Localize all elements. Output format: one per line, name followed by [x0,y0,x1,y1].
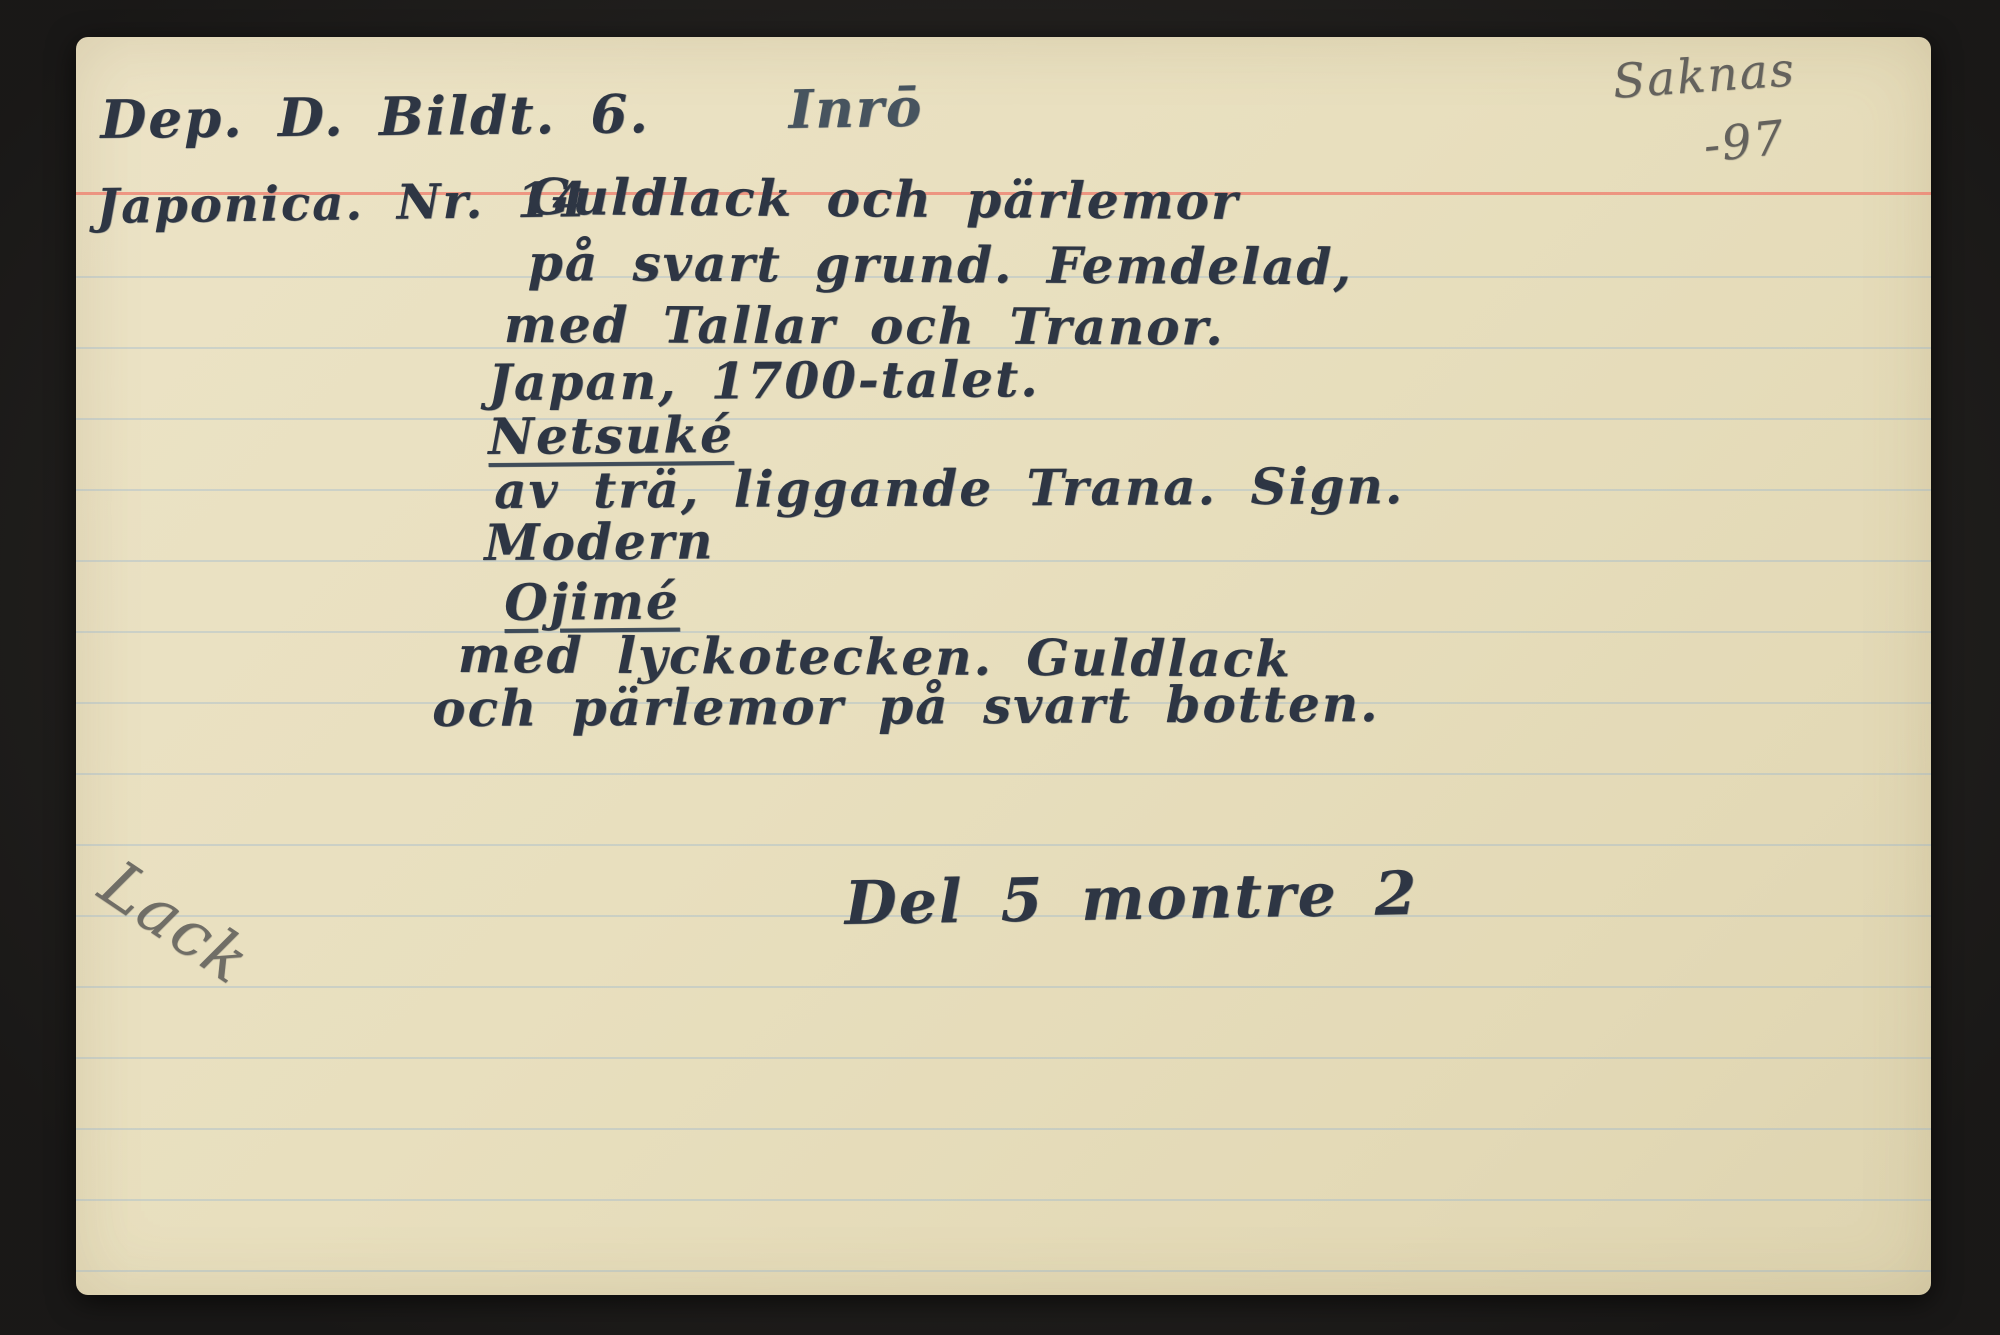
location-note: Del 5 montre 2 [844,859,1419,939]
netsuke-line: av trä, liggande Trana. Sign. [494,456,1404,520]
description-line: på svart grund. Femdelad, [528,233,1353,296]
description-line: Guldlack och pärlemor [528,167,1240,231]
description-line: med Tallar och Tranor. [504,295,1225,357]
pencil-note-saknas: Saknas [1611,42,1797,110]
index-card: Saknas -97 Dep. D. Bildt. 6. Inrō Japoni… [76,37,1931,1295]
description-line: Japan, 1700-talet. [488,349,1040,412]
netsuke-line: Modern [484,511,715,572]
header-collection: Dep. D. Bildt. 6. [100,83,650,151]
catalog-number: Japonica. Nr. 14 [96,172,588,235]
pencil-note-year: -97 [1701,110,1788,173]
ojime-line: och pärlemor på svart botten. [432,674,1380,738]
netsuke-heading: Netsuké [488,405,734,466]
header-object-type: Inrō [788,77,924,141]
ojime-heading: Ojimé [504,571,680,632]
blue-ruled-lines [76,276,1931,1295]
